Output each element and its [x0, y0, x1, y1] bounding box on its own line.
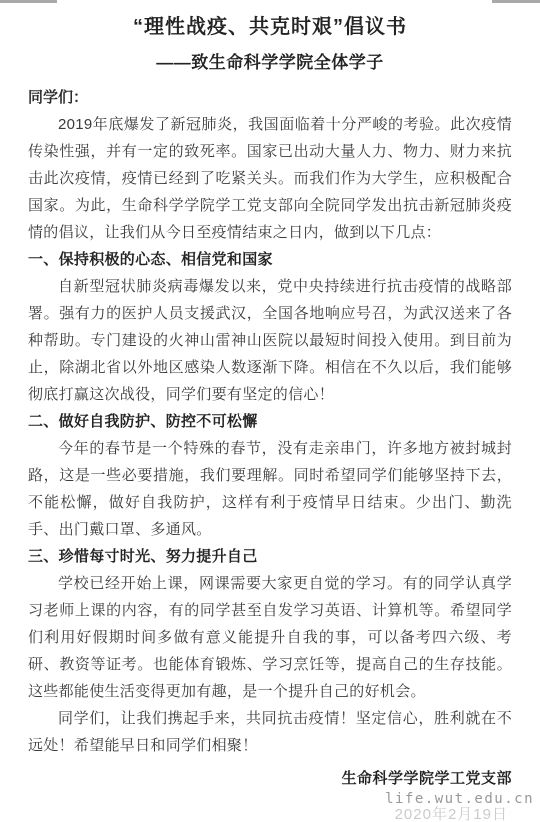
- section-1-body: 自新型冠状肺炎病毒爆发以来，党中央持续进行抗击疫情的战略部署。强有力的医护人员支…: [28, 273, 512, 408]
- intro-paragraph: 2019年底爆发了新冠肺炎，我国面临着十分严峻的考验。此次疫情传染性强，并有一定…: [28, 111, 512, 246]
- closing-paragraph: 同学们，让我们携起手来，共同抗击疫情！坚定信心，胜利就在不远处！希望能早日和同学…: [28, 705, 512, 759]
- site-watermark: life.wut.edu.cn: [385, 791, 534, 807]
- section-3-body: 学校已经开始上课，网课需要大家更自觉的学习。有的同学认真学习老师上课的内容，有的…: [28, 570, 512, 705]
- page-edge-artifact-left: [0, 0, 57, 3]
- proposal-document: “理性战疫、共克时艰”倡议书 ——致生命科学学院全体学子 同学们： 2019年底…: [0, 0, 540, 789]
- page-subtitle: ——致生命科学学院全体学子: [28, 50, 512, 75]
- section-2-body: 今年的春节是一个特殊的春节，没有走亲串门，许多地方被封城封路，这是一些必要措施，…: [28, 435, 512, 543]
- section-2-heading: 二、做好自我防护、防控不可松懈: [28, 408, 512, 435]
- greeting-line: 同学们：: [28, 84, 512, 111]
- page-title: “理性战疫、共克时艰”倡议书: [28, 13, 512, 41]
- section-3-heading: 三、珍惜每寸时光、努力提升自己: [28, 543, 512, 570]
- page-edge-artifact-right: [492, 0, 540, 3]
- signature-line: 生命科学学院学工党支部: [28, 769, 512, 789]
- section-1-heading: 一、保持积极的心态、相信党和国家: [28, 246, 512, 273]
